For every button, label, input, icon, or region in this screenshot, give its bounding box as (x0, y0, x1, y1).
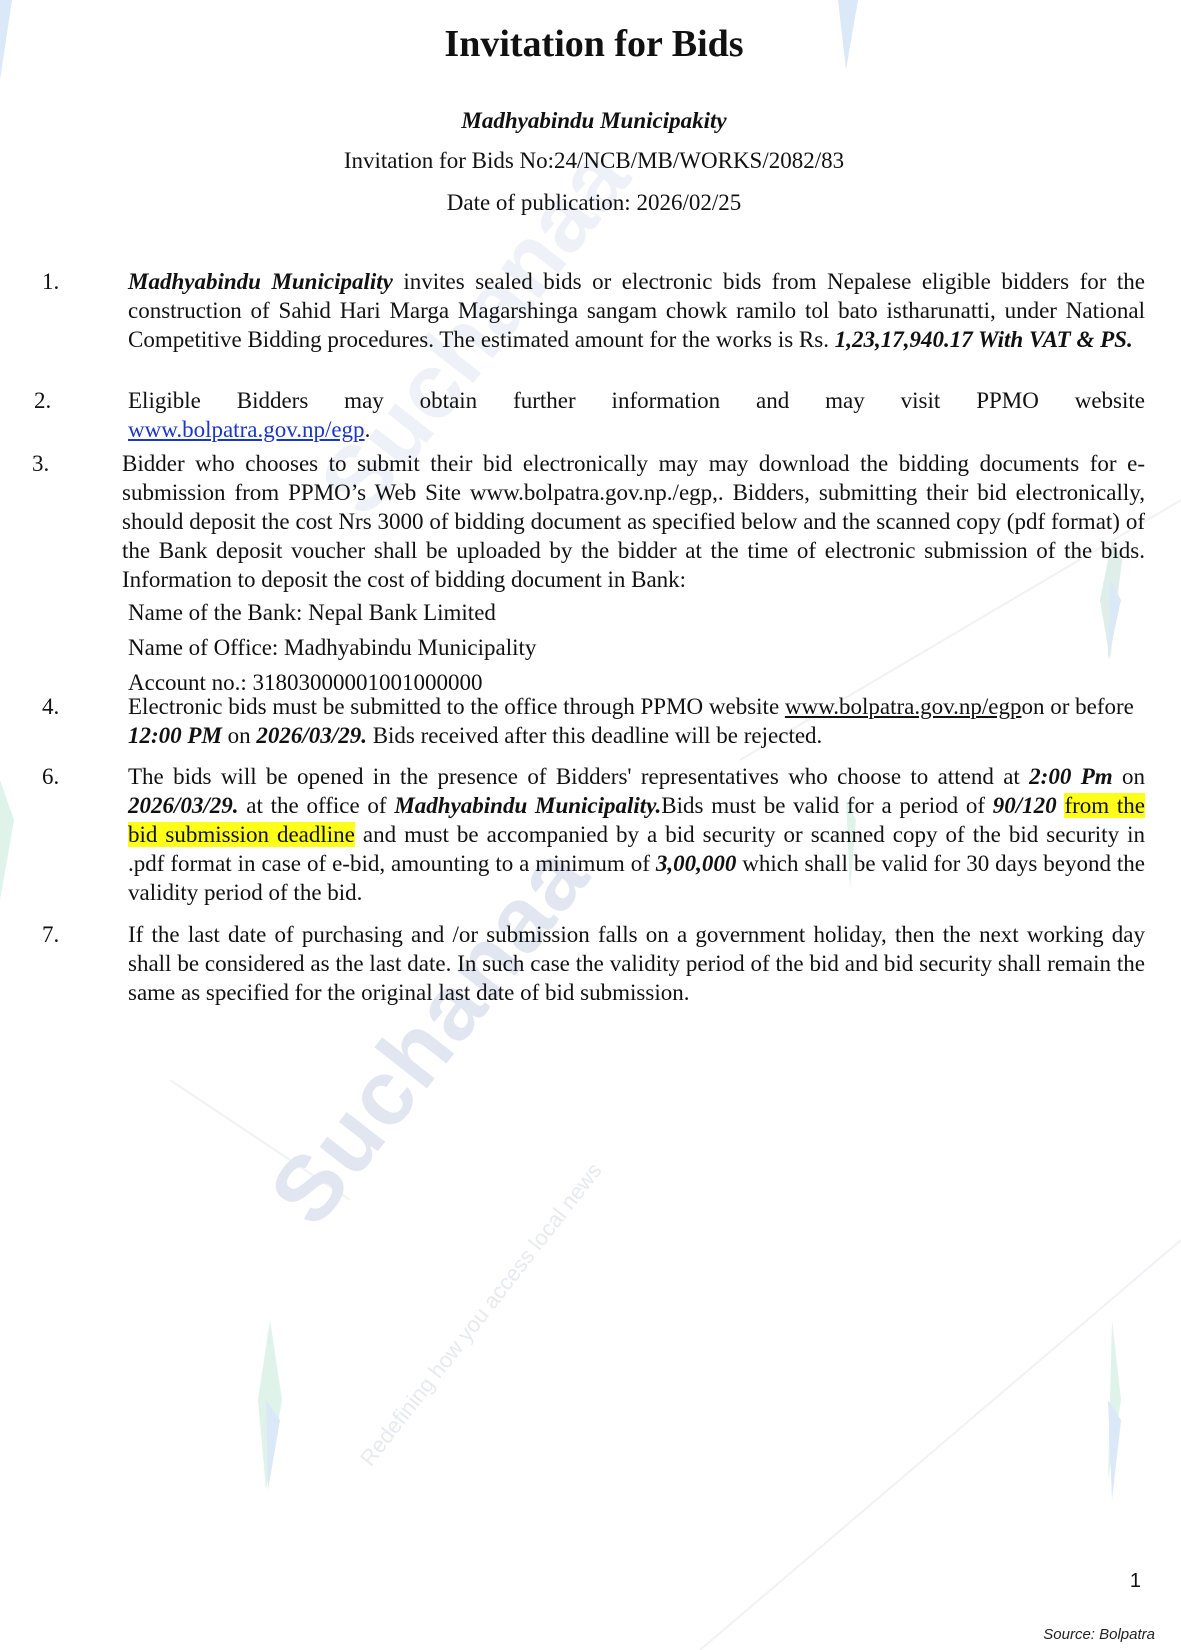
estimated-amount: 1,23,17,940.17 With VAT & PS. (835, 327, 1133, 352)
office-name: Name of Office: Madhyabindu Municipality (128, 632, 1145, 663)
clause-number: 1. (42, 267, 59, 296)
clause-body: Electronic bids must be submitted to the… (128, 694, 785, 719)
clause-text: Madhyabindu Municipality invites sealed … (128, 267, 1145, 354)
clause-text: Bidder who chooses to submit their bid e… (122, 449, 1145, 594)
clause-tail: . (365, 417, 371, 442)
bolpatra-link[interactable]: www.bolpatra.gov.np/egp (128, 417, 365, 442)
clause-body: The bids will be opened in the presence … (128, 764, 1029, 789)
clause-body: Eligible Bidders may obtain further info… (128, 388, 1145, 413)
org-name: Madhyabindu Municipality (128, 269, 393, 294)
clause-number: 4. (42, 692, 59, 721)
clause-number: 2. (34, 386, 51, 415)
organization-name: Madhyabindu Municipakity (0, 108, 1181, 134)
watermark-tagline: Redefining how you access local news (355, 1158, 607, 1471)
clause-text: Eligible Bidders may obtain further info… (128, 386, 1145, 444)
submission-time: 12:00 PM (128, 723, 222, 748)
clause-number: 6. (42, 762, 59, 791)
clause-body: at the office of (239, 793, 395, 818)
clause-body-cont: on or before (1021, 694, 1133, 719)
ifb-number: Invitation for Bids No:24/NCB/MB/WORKS/2… (0, 148, 1181, 174)
source-credit: Source: Bolpatra (1043, 1626, 1155, 1643)
bolpatra-link[interactable]: www.bolpatra.gov.np/egp (785, 694, 1022, 719)
clause-number: 3. (32, 449, 49, 478)
bid-security-amount: 3,00,000 (656, 851, 737, 876)
clause-body: Bids must be valid for a period of (661, 793, 993, 818)
document-title: Invitation for Bids (0, 22, 1181, 66)
publication-date: Date of publication: 2026/02/25 (0, 190, 1181, 216)
clause-text: Electronic bids must be submitted to the… (128, 692, 1145, 750)
validity-days: 90/120 (993, 793, 1057, 818)
opening-date: 2026/03/29. (128, 793, 239, 818)
bank-info: Name of the Bank: Nepal Bank Limited Nam… (128, 593, 1145, 698)
clause-text: If the last date of purchasing and /or s… (128, 920, 1145, 1007)
clause-text: The bids will be opened in the presence … (128, 762, 1145, 907)
connector: on (1113, 764, 1145, 789)
org-name: Madhyabindu Municipality. (394, 793, 661, 818)
page-number: 1 (1130, 1570, 1141, 1593)
connector: on (222, 723, 257, 748)
clause-body: Bidder who chooses to submit their bid e… (122, 451, 1145, 592)
bank-name: Name of the Bank: Nepal Bank Limited (128, 597, 1145, 628)
submission-date: 2026/03/29. (256, 723, 367, 748)
clause-number: 7. (42, 920, 59, 949)
opening-time: 2:00 Pm (1029, 764, 1112, 789)
clause-tail: Bids received after this deadline will b… (367, 723, 822, 748)
